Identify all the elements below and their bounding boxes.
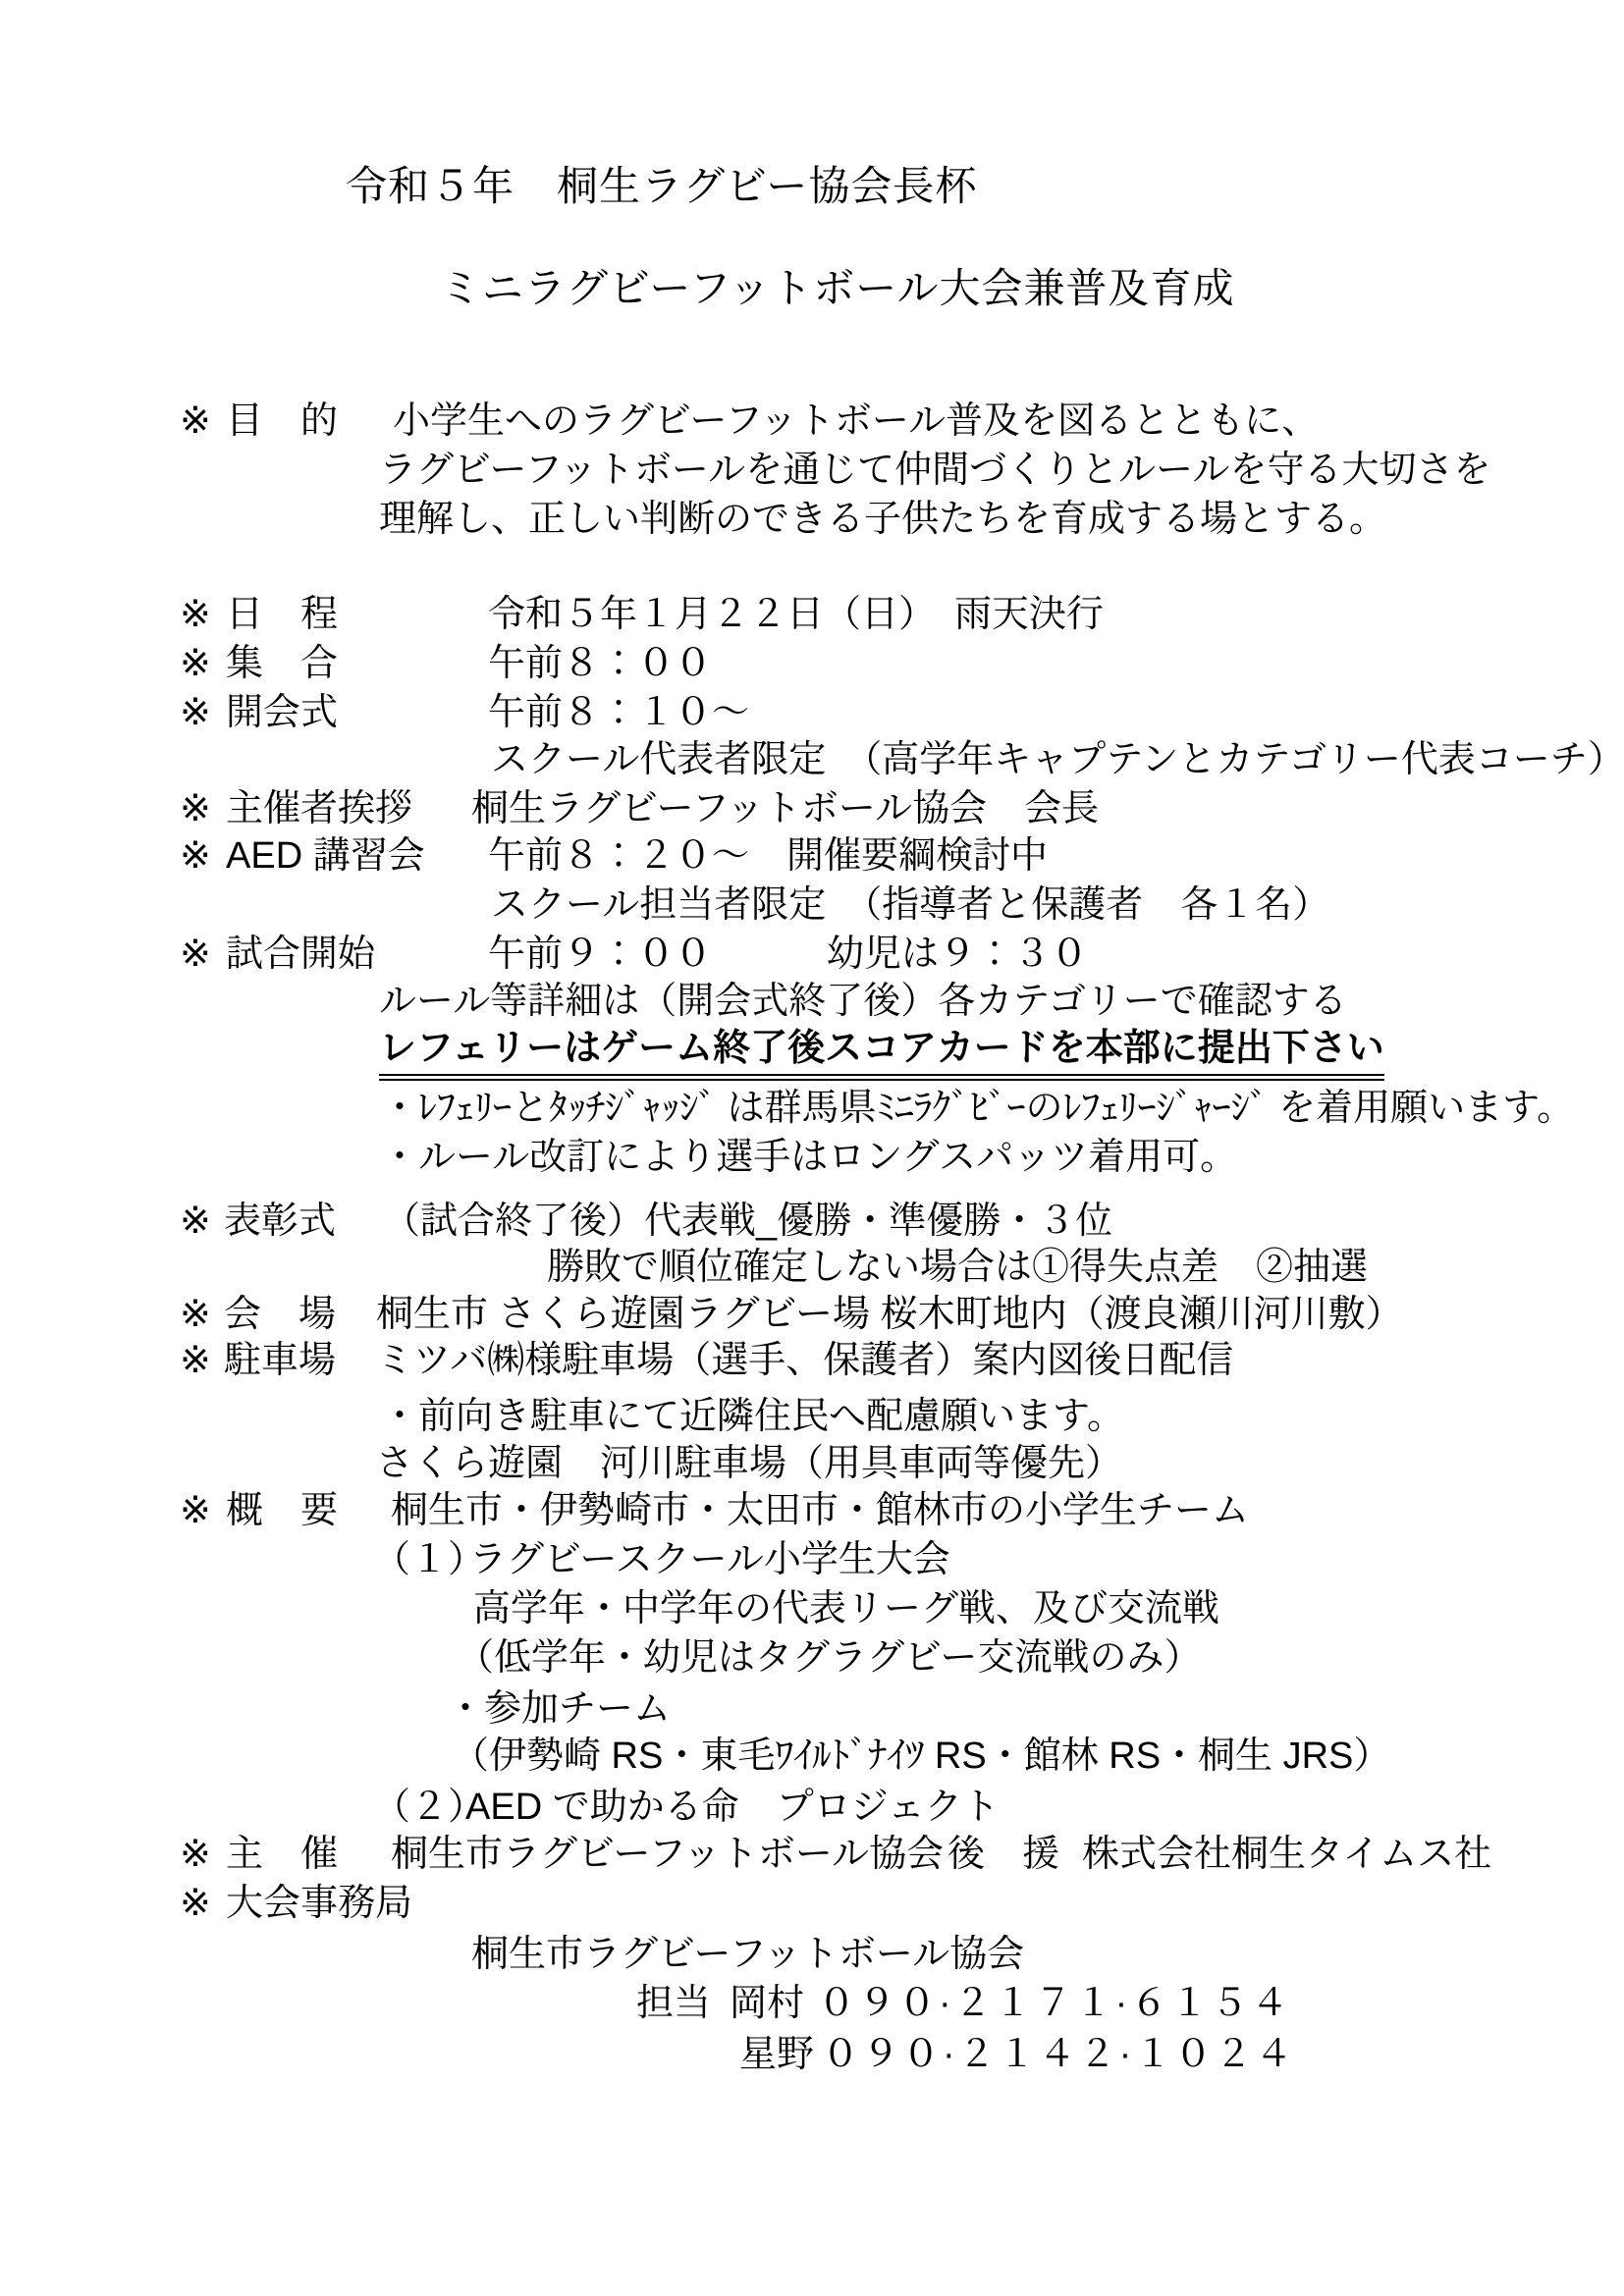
tag-rugby-line: （低学年・幼児はタグラグビー交流戦のみ） (0, 1637, 1624, 1686)
text-run: レフェリーはゲーム終了後スコアカードを本部に提出下さい (379, 1028, 1384, 1081)
text-run: 後 援 (947, 1834, 1059, 1877)
text-run: （１） (373, 1539, 485, 1582)
tiebreak-line: 勝敗で順位確定しない場合は①得失点差 ②抽選 (0, 1247, 1624, 1296)
awards-line: ※表彰式（試合終了後）代表戦_優勝・準優勝・３位 (0, 1201, 1624, 1250)
text-run: 開会式 (226, 692, 338, 735)
text-run: （伊勢崎 RS・東毛ﾜｲﾙﾄﾞﾅｲﾂ RS・館林 RS・桐生 JRS） (452, 1735, 1390, 1779)
text-run: ※ (180, 400, 211, 444)
referee-notice-line: レフェリーはゲーム終了後スコアカードを本部に提出下さい (0, 1028, 1624, 1077)
text-run: 集 合 (226, 643, 338, 686)
text-run: ・参加チーム (447, 1688, 671, 1732)
text-run: さくら遊園 河川駐車場（用具車両等優先） (376, 1443, 1122, 1486)
text-run: ※ (180, 692, 211, 735)
text-run: 桐生市・伊勢崎市・太田市・館林市の小学生チーム (391, 1490, 1249, 1533)
text-run: ※ (180, 835, 211, 879)
opening-note-line: スクール代表者限定 （高学年キャプテンとカテゴリー代表コーチ） (0, 739, 1624, 788)
text-run: 目 的 (226, 400, 338, 444)
contact-okamura-line: 担当岡村０９０·２１７１·６１５４ (0, 1983, 1624, 2032)
title-line-2: ミニラグビーフットボール大会兼普及育成 (0, 265, 1624, 314)
text-run: AED で助かる命 プロジェクト (465, 1787, 1000, 1830)
text-run: ※ (180, 1834, 211, 1877)
text-run: 桐生ラグビーフットボール協会 会長 (471, 788, 1099, 831)
text-run: ※ (180, 1490, 211, 1533)
text-run: ・ﾚﾌｪﾘｰとﾀｯﾁｼﾞｬｯｼﾞ は群馬県ﾐﾆﾗｸﾞﾋﾞｰのﾚﾌｪﾘｰｼﾞｬｰｼ… (381, 1088, 1574, 1131)
text-run: 試合開始 (226, 934, 375, 977)
aed-note-line: スクール担当者限定 （指導者と保護者 各１名） (0, 884, 1624, 934)
text-run: 岡村 (730, 1983, 804, 2026)
text-run: ※ (180, 1340, 211, 1383)
text-run: ミニラグビーフットボール大会兼普及育成 (440, 265, 1234, 312)
text-run: ・ルール改訂により選手はロングスパッツ着用可。 (381, 1137, 1237, 1180)
text-run: 表彰式 (224, 1201, 336, 1244)
referee-jersey-note-line: ・ﾚﾌｪﾘｰとﾀｯﾁｼﾞｬｯｼﾞ は群馬県ﾐﾆﾗｸﾞﾋﾞｰのﾚﾌｪﾘｰｼﾞｬｰｼ… (0, 1088, 1624, 1137)
text-run: ※ (180, 643, 211, 686)
text-run: （試合終了後）代表戦_優勝・準優勝・３位 (383, 1201, 1112, 1244)
text-run: ルール等詳細は（開会式終了後）各カテゴリーで確認する (379, 981, 1347, 1024)
league-line: 高学年・中学年の代表リーグ戦、及び交流戦 (0, 1588, 1624, 1637)
overview-line: ※概 要桐生市・伊勢崎市・太田市・館林市の小学生チーム (0, 1490, 1624, 1539)
text-run: AED 講習会 (226, 835, 425, 879)
greeting-line: ※主催者挨拶桐生ラグビーフットボール協会 会長 (0, 788, 1624, 837)
text-run: 桐生市ラグビーフットボール協会 (391, 1834, 944, 1877)
text-run: 高学年・中学年の代表リーグ戦、及び交流戦 (473, 1588, 1219, 1631)
text-run: 午前８：１０～ (488, 692, 749, 735)
schedule-line: ※日 程令和５年１月２２日（日） 雨天決行 (0, 594, 1624, 643)
contact-hoshino-line: 星野０９０·２１４２·１０２４ (0, 2034, 1624, 2083)
text-run: 日 程 (226, 594, 338, 637)
text-run: ミツバ㈱様駐車場（選手、保護者）案内図後日配信 (376, 1340, 1233, 1383)
teams-list-line: （伊勢崎 RS・東毛ﾜｲﾙﾄﾞﾅｲﾂ RS・館林 RS・桐生 JRS） (0, 1735, 1624, 1785)
text-run: ※ (180, 1201, 211, 1244)
text-run: 大会事務局 (226, 1883, 412, 1926)
rules-note-line: ルール等詳細は（開会式終了後）各カテゴリーで確認する (0, 981, 1624, 1030)
text-run: ・前向き駐車にて近隣住民へ配慮願います。 (381, 1396, 1124, 1439)
text-run: ※ (180, 934, 211, 977)
text-run: 会 場 (224, 1294, 336, 1337)
title-line-1: 令和５年 桐生ラグビー協会長杯 (0, 163, 1624, 212)
text-run: 桐生市ラグビーフットボール協会 (471, 1934, 1024, 1977)
parking-note-line: ・前向き駐車にて近隣住民へ配慮願います。 (0, 1396, 1624, 1445)
text-run: 駐車場 (224, 1340, 336, 1383)
document-page: 令和５年 桐生ラグビー協会長杯ミニラグビーフットボール大会兼普及育成※目 的小学… (0, 0, 1624, 2296)
text-run: 主 催 (226, 1834, 338, 1877)
kickoff-line: ※試合開始午前９：００幼児は９：３０ (0, 934, 1624, 983)
text-run: 令和５年１月２２日（日） 雨天決行 (488, 594, 1104, 637)
spats-note-line: ・ルール改訂により選手はロングスパッツ着用可。 (0, 1137, 1624, 1186)
text-run: 午前９：００ (488, 934, 712, 977)
venue-line: ※会 場桐生市 さくら遊園ラグビー場 桜木町地内（渡良瀬川河川敷） (0, 1294, 1624, 1343)
assembly-line: ※集 合午前８：００ (0, 643, 1624, 692)
item2-line: （２）AED で助かる命 プロジェクト (0, 1787, 1624, 1836)
opening-ceremony-line: ※開会式午前８：１０～ (0, 692, 1624, 741)
item1-line: （１）ラグビースクール小学生大会 (0, 1539, 1624, 1588)
text-run: 午前８：２０～ 開催要綱検討中 (488, 835, 1048, 879)
text-run: ０９０·２１７１·６１５４ (818, 1983, 1291, 2026)
secretariat-line: ※大会事務局 (0, 1883, 1624, 1932)
text-run: 幼児は９：３０ (827, 934, 1088, 977)
text-run: スクール代表者限定 （高学年キャプテンとカテゴリー代表コーチ） (491, 739, 1624, 782)
text-run: ０９０·２１４２·１０２４ (822, 2034, 1295, 2077)
text-run: ラグビースクール小学生大会 (469, 1539, 950, 1582)
text-run: 勝敗で順位確定しない場合は①得失点差 ②抽選 (547, 1247, 1368, 1290)
text-run: 星野 (739, 2034, 814, 2077)
text-run: （低学年・幼児はタグラグビー交流戦のみ） (457, 1637, 1201, 1681)
text-run: 小学生へのラグビーフットボール普及を図るとともに、 (393, 400, 1319, 444)
host-line: ※主 催桐生市ラグビーフットボール協会後 援株式会社桐生タイムス社 (0, 1834, 1624, 1883)
text-run: ※ (180, 1294, 211, 1337)
purpose-line-1: ※目 的小学生へのラグビーフットボール普及を図るとともに、 (0, 400, 1624, 450)
text-run: ※ (180, 788, 211, 831)
text-run: スクール担当者限定 （指導者と保護者 各１名） (491, 884, 1329, 928)
text-run: 株式会社桐生タイムス社 (1082, 1834, 1491, 1877)
text-run: 主催者挨拶 (226, 788, 412, 831)
text-run: 桐生市 さくら遊園ラグビー場 桜木町地内（渡良瀬川河川敷） (376, 1294, 1403, 1337)
text-run: ※ (180, 1883, 211, 1926)
text-run: 担当 (636, 1983, 711, 2026)
text-run: 午前８：００ (488, 643, 712, 686)
teams-label-line: ・参加チーム (0, 1688, 1624, 1737)
text-run: 理解し、正しい判断のできる子供たちを育成する場とする。 (379, 499, 1386, 542)
text-run: 令和５年 桐生ラグビー協会長杯 (346, 163, 977, 210)
association-line: 桐生市ラグビーフットボール協会 (0, 1934, 1624, 1983)
river-parking-line: さくら遊園 河川駐車場（用具車両等優先） (0, 1443, 1624, 1492)
parking-line: ※駐車場ミツバ㈱様駐車場（選手、保護者）案内図後日配信 (0, 1340, 1624, 1389)
purpose-line-3: 理解し、正しい判断のできる子供たちを育成する場とする。 (0, 499, 1624, 548)
purpose-line-2: ラグビーフットボールを通じて仲間づくりとルールを守る大切さを (0, 450, 1624, 499)
text-run: 概 要 (226, 1490, 338, 1533)
text-run: ※ (180, 594, 211, 637)
aed-session-line: ※AED 講習会午前８：２０～ 開催要綱検討中 (0, 835, 1624, 884)
text-run: ラグビーフットボールを通じて仲間づくりとルールを守る大切さを (379, 450, 1490, 493)
